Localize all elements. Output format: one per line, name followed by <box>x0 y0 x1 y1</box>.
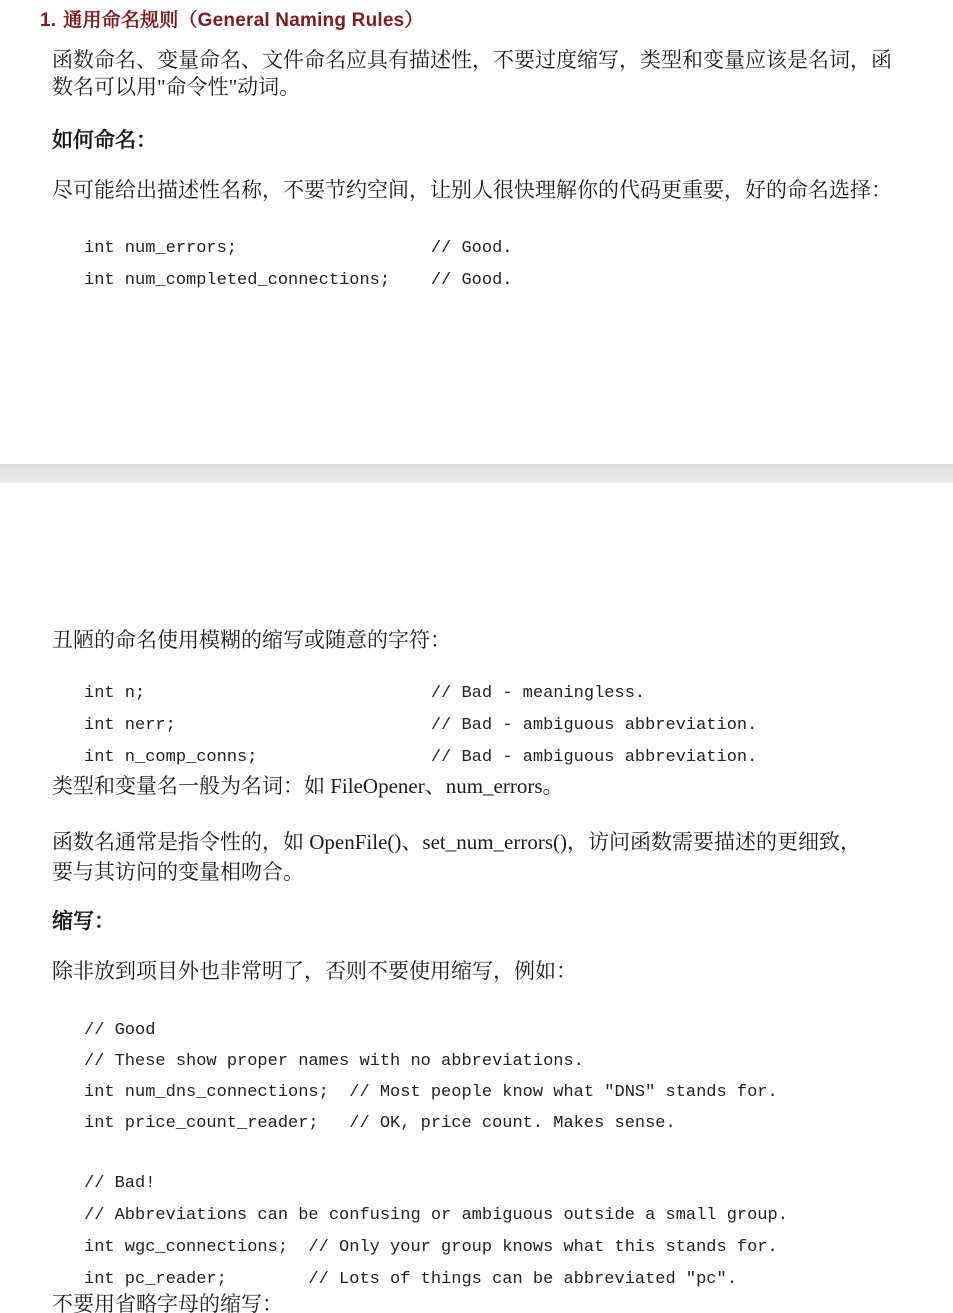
heading-paren-open: （ <box>178 10 197 31</box>
code-block-good-names: int num_errors; // Good. int num_complet… <box>84 233 512 297</box>
paragraph-ugly-names: 丑陋的命名使用模糊的缩写或随意的字符： <box>52 627 451 654</box>
heading-title-en: General Naming Rules <box>198 10 405 31</box>
heading-number: 1. <box>40 10 56 31</box>
subheading-abbreviation: 缩写： <box>52 908 115 935</box>
code-block-abbrev-good: // Good // These show proper names with … <box>84 1015 778 1139</box>
document-page: 1.通用命名规则（General Naming Rules） 函数命名、变量命名… <box>0 0 953 1313</box>
heading-paren-close: ） <box>404 10 423 31</box>
heading-title-zh: 通用命名规则 <box>63 10 178 31</box>
paragraph-no-abbrev: 除非放到项目外也非常明了，否则不要使用缩写，例如： <box>52 958 577 985</box>
paragraph-function-names: 函数名通常是指令性的，如 OpenFile()、set_num_errors()… <box>52 827 861 887</box>
paragraph-no-letter-omission: 不要用省略字母的缩写： <box>52 1291 283 1313</box>
subheading-how-to-name: 如何命名： <box>52 127 157 154</box>
section-heading: 1.通用命名规则（General Naming Rules） <box>40 5 424 32</box>
paragraph-intro: 函数命名、变量命名、文件命名应具有描述性，不要过度缩写，类型和变量应该是名词，函… <box>52 47 892 101</box>
code-block-bad-names: int n; // Bad - meaningless. int nerr; /… <box>84 678 757 774</box>
code-block-abbrev-bad: // Bad! // Abbreviations can be confusin… <box>84 1168 788 1296</box>
paragraph-types-nouns: 类型和变量名一般为名词：如 FileOpener、num_errors。 <box>52 773 564 800</box>
paragraph-descriptive: 尽可能给出描述性名称，不要节约空间，让别人很快理解你的代码更重要，好的命名选择： <box>52 177 892 204</box>
page-break-separator <box>0 464 953 483</box>
